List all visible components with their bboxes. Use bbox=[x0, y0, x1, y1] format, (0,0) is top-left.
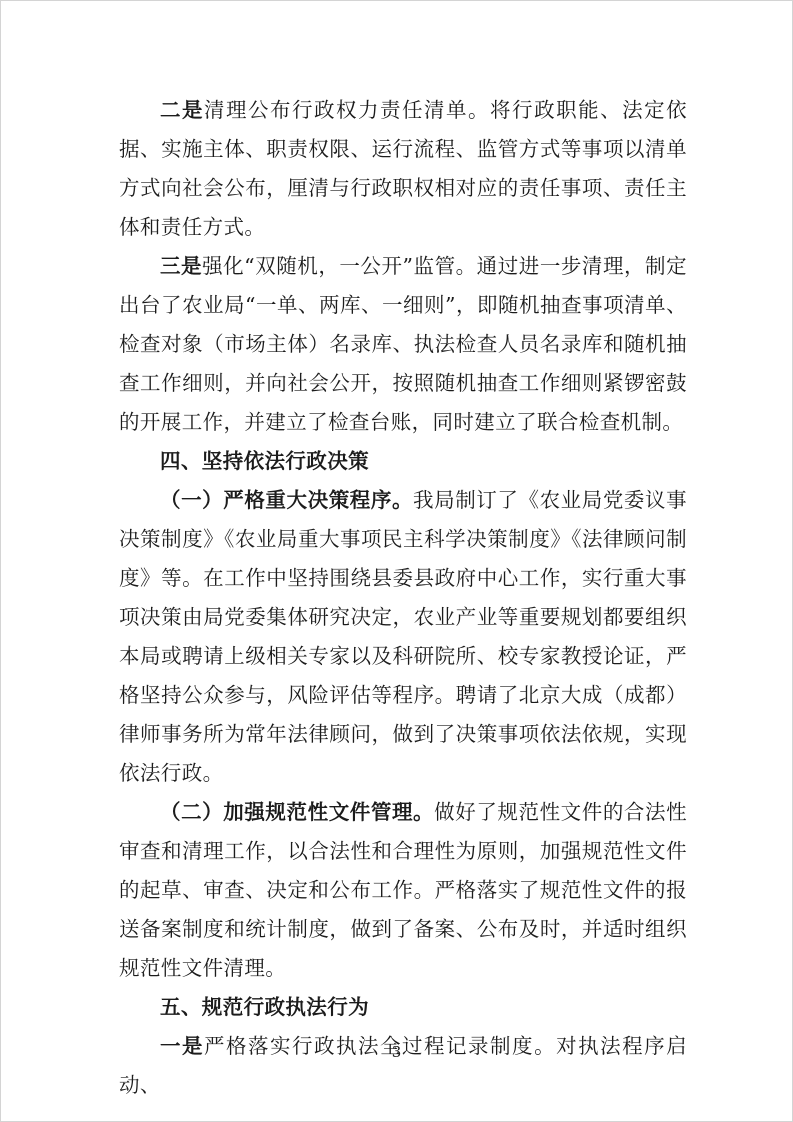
paragraph-lead-in: 三是 bbox=[160, 254, 202, 278]
paragraph-lead-in: （二）加强规范性文件管理。 bbox=[160, 800, 434, 824]
page-number: 3 bbox=[1, 1043, 792, 1061]
paragraph-lead-in: （一）严格重大决策程序。 bbox=[160, 488, 413, 512]
paragraph-text: 我局制订了《农业局党委议事决策制度》《农业局重大事项民主科学决策制度》《法律顾问… bbox=[119, 488, 687, 785]
section-heading: 四、坚持依法行政决策 bbox=[119, 442, 687, 481]
paragraph-lead-in: 二是 bbox=[160, 98, 204, 122]
paragraph: （一）严格重大决策程序。我局制订了《农业局党委议事决策制度》《农业局重大事项民主… bbox=[119, 481, 687, 793]
document-body: 二是清理公布行政权力责任清单。将行政职能、法定依据、实施主体、职责权限、运行流程… bbox=[119, 91, 687, 1105]
paragraph-text: 清理公布行政权力责任清单。将行政职能、法定依据、实施主体、职责权限、运行流程、监… bbox=[119, 98, 687, 239]
document-page: 二是清理公布行政权力责任清单。将行政职能、法定依据、实施主体、职责权限、运行流程… bbox=[0, 0, 793, 1122]
paragraph: 三是强化“双随机，一公开”监管。通过进一步清理，制定出台了农业局“一单、两库、一… bbox=[119, 247, 687, 442]
paragraph: 一是严格落实行政执法全过程记录制度。对执法程序启动、 bbox=[119, 1027, 687, 1105]
paragraph: （二）加强规范性文件管理。做好了规范性文件的合法性审查和清理工作，以合法性和合理… bbox=[119, 793, 687, 988]
section-heading: 五、规范行政执法行为 bbox=[119, 988, 687, 1027]
paragraph-text: 强化“双随机，一公开”监管。通过进一步清理，制定出台了农业局“一单、两库、一细则… bbox=[119, 254, 687, 434]
paragraph: 二是清理公布行政权力责任清单。将行政职能、法定依据、实施主体、职责权限、运行流程… bbox=[119, 91, 687, 247]
paragraph-text: 做好了规范性文件的合法性审查和清理工作，以合法性和合理性为原则，加强规范性文件的… bbox=[119, 800, 687, 980]
